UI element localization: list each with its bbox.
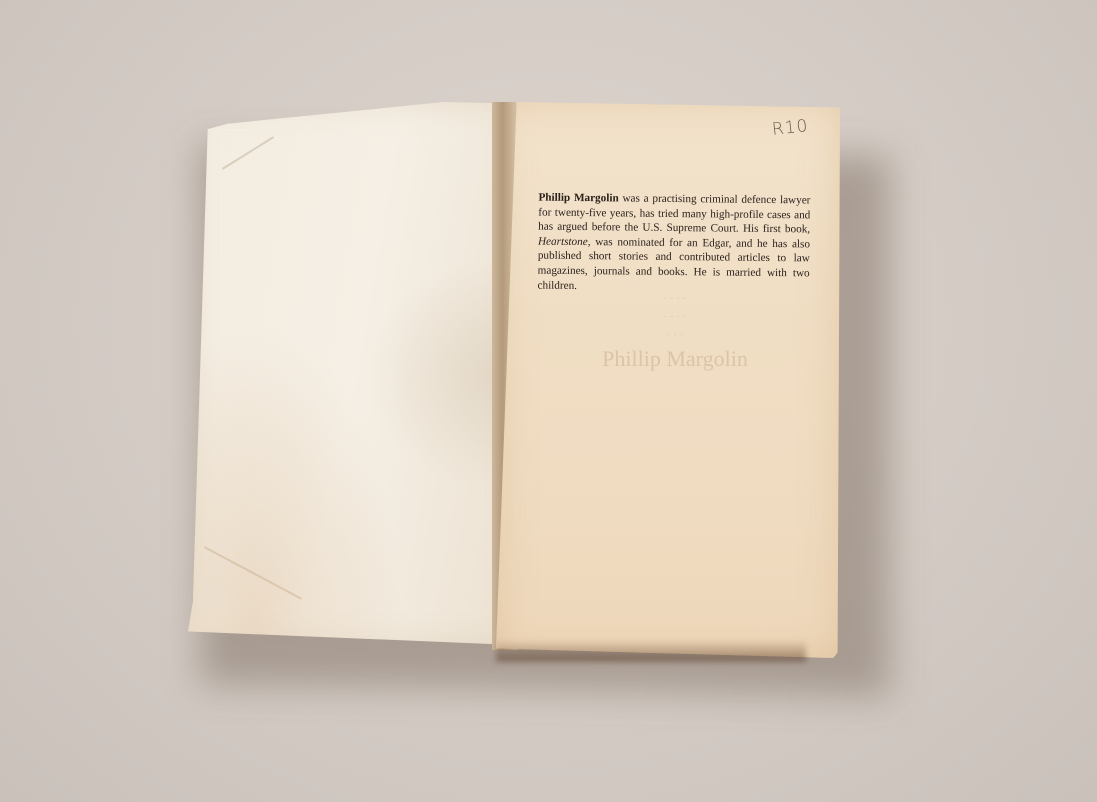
page-stack-edge [496, 640, 806, 662]
ghost-author-name: Phillip Margolin [560, 344, 790, 374]
left-inside-cover [188, 102, 516, 645]
ghost-line: · · · · [560, 308, 790, 326]
ghost-line: · · · [560, 326, 790, 344]
cover-crease-bottom [204, 546, 302, 599]
author-name: Phillip Margolin [538, 192, 618, 205]
author-bio: Phillip Margolin was a practising crimin… [537, 191, 810, 296]
handwritten-note: R10 [771, 116, 809, 140]
cover-crease-top [222, 136, 274, 169]
photo-scene: R10 Phillip Margolin was a practising cr… [0, 0, 1097, 802]
bleed-through-text: · · · · · · · · · · · Phillip Margolin [560, 290, 790, 374]
ghost-line: · · · · [560, 290, 790, 308]
book-title: Heartstone [538, 235, 588, 248]
right-page [496, 102, 840, 658]
